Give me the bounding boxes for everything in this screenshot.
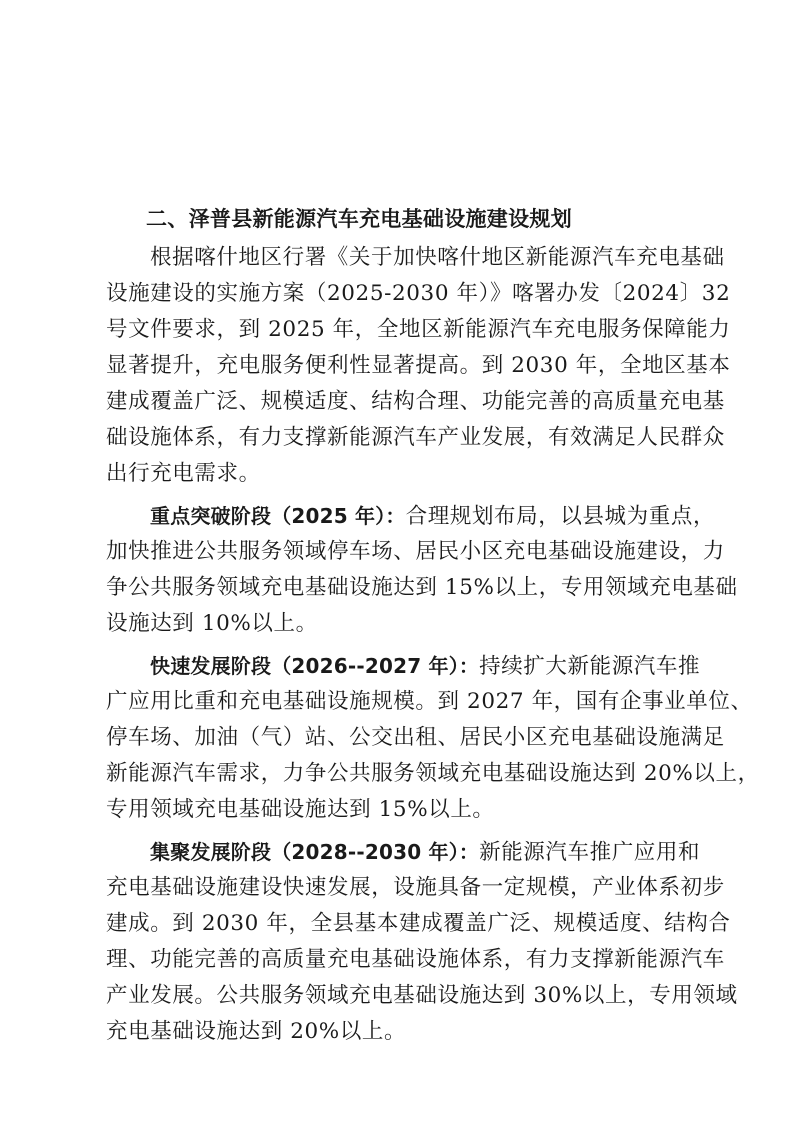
stage-text: 持续扩大新能源汽车推 (479, 654, 700, 679)
stage-line: 广应用比重和充电基础设施规模。到 2027 年，国有企事业单位、 (106, 684, 690, 720)
stage-line: 争公共服务领域充电基础设施达到 15%以上，专用领域充电基础 (106, 570, 690, 606)
stage-first-line: 重点突破阶段（2025 年）：合理规划布局，以县城为重点， (106, 498, 690, 534)
stage-first-line: 快速发展阶段（2026--2027 年）：持续扩大新能源汽车推 (106, 648, 690, 684)
intro-line: 础设施体系，有力支撑新能源汽车产业发展，有效满足人民群众 (106, 420, 690, 456)
stage-line: 新能源汽车需求，力争公共服务领域充电基础设施达到 20%以上， (106, 756, 690, 792)
document-page: 二、泽普县新能源汽车充电基础设施建设规划 根据喀什地区行署《关于加快喀什地区新能… (0, 0, 793, 1122)
stage-line: 充电基础设施建设快速发展，设施具备一定规模，产业体系初步 (106, 870, 690, 906)
stage-text: 合理规划布局，以县城为重点， (406, 504, 715, 529)
stage-line: 充电基础设施达到 20%以上。 (106, 1014, 690, 1050)
document-body: 二、泽普县新能源汽车充电基础设施建设规划 根据喀什地区行署《关于加快喀什地区新能… (106, 198, 690, 1056)
intro-line: 建成覆盖广泛、规模适度、结构合理、功能完善的高质量充电基 (106, 384, 690, 420)
stage-line: 停车场、加油（气）站、公交出租、居民小区充电基础设施满足 (106, 720, 690, 756)
stage-title: 集聚发展阶段（2028--2030 年）： (150, 840, 479, 864)
intro-line: 根据喀什地区行署《关于加快喀什地区新能源汽车充电基础 (106, 240, 690, 276)
stage-line: 产业发展。公共服务领域充电基础设施达到 30%以上，专用领域 (106, 978, 690, 1014)
stage-title: 快速发展阶段（2026--2027 年）： (150, 654, 479, 678)
stage-line: 建成。到 2030 年，全县基本建成覆盖广泛、规模适度、结构合 (106, 906, 690, 942)
stage-first-line: 集聚发展阶段（2028--2030 年）：新能源汽车推广应用和 (106, 834, 690, 870)
stage-title: 重点突破阶段（2025 年）： (150, 504, 406, 528)
stage-paragraph-rapid: 快速发展阶段（2026--2027 年）：持续扩大新能源汽车推 广应用比重和充电… (106, 648, 690, 828)
intro-line: 显著提升，充电服务便利性显著提高。到 2030 年，全地区基本 (106, 348, 690, 384)
section-heading: 二、泽普县新能源汽车充电基础设施建设规划 (106, 198, 690, 240)
intro-line: 号文件要求，到 2025 年，全地区新能源汽车充电服务保障能力 (106, 312, 690, 348)
stage-line: 设施达到 10%以上。 (106, 606, 690, 642)
stage-line: 专用领域充电基础设施达到 15%以上。 (106, 792, 690, 828)
intro-line: 设施建设的实施方案（2025-2030 年）》喀署办发〔2024〕32 (106, 276, 690, 312)
intro-line: 出行充电需求。 (106, 456, 690, 492)
stage-paragraph-breakthrough: 重点突破阶段（2025 年）：合理规划布局，以县城为重点， 加快推进公共服务领域… (106, 498, 690, 642)
stage-line: 理、功能完善的高质量充电基础设施体系，有力支撑新能源汽车 (106, 942, 690, 978)
stage-paragraph-cluster: 集聚发展阶段（2028--2030 年）：新能源汽车推广应用和 充电基础设施建设… (106, 834, 690, 1050)
intro-paragraph: 根据喀什地区行署《关于加快喀什地区新能源汽车充电基础 设施建设的实施方案（202… (106, 240, 690, 492)
stage-text: 新能源汽车推广应用和 (479, 840, 700, 865)
stage-line: 加快推进公共服务领域停车场、居民小区充电基础设施建设，力 (106, 534, 690, 570)
